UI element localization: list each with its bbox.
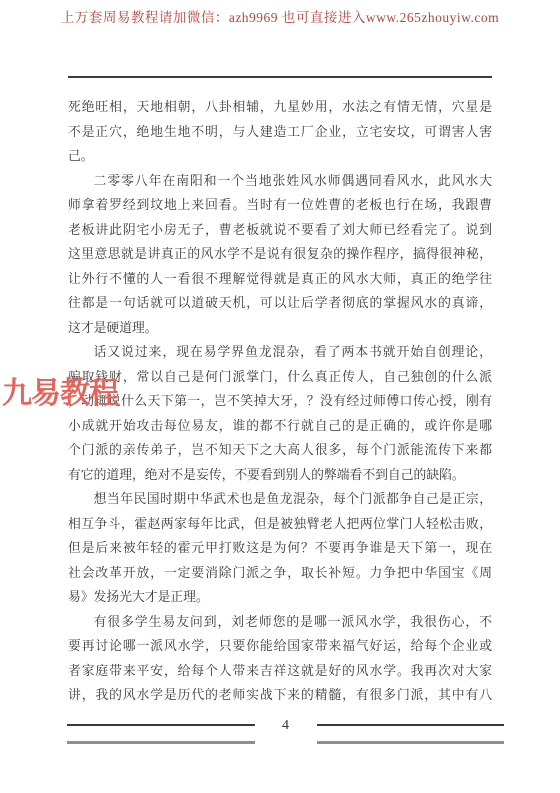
footer-rule-thin	[67, 724, 255, 726]
header-rule	[68, 76, 492, 78]
text-line: 小成就开始攻击每位易友，谁的都不行就自己的是正确的，或许你是哪	[68, 414, 492, 439]
text-line: 不是正穴，绝地生地不明，与人建造工厂企业，立宅安坟，可谓害人害	[68, 120, 492, 145]
footer-rule-right	[317, 724, 505, 744]
text-line: 相互争斗，霍赵两家每年比武，但是被独臂老人把两位掌门人轻松击败，	[68, 512, 492, 537]
text-line: 有它的道理，绝对不是妄传，不要看到别人的弊端看不到自己的缺陷。	[68, 463, 492, 488]
footer-rule-left	[67, 724, 255, 744]
footer-rule-thick	[317, 741, 505, 744]
footer-rule-thin	[317, 724, 505, 726]
page-number: 4	[255, 717, 317, 735]
text-line: 老板讲此阴宅小房无子，曹老板就说不要看了刘大师已经看完了。说到	[68, 218, 492, 243]
text-line: 易》发扬光大才是正理。	[68, 585, 492, 610]
text-line: 者家庭带来平安，给每个人带来吉祥这就是好的风水学。我再次对大家	[68, 659, 492, 684]
text-line: 话又说过来，现在易学界鱼龙混杂，看了两本书就开始自创理论，	[68, 340, 492, 365]
text-line: 讲，我的风水学是历代的老师实战下来的精髓，有很多门派，其中有八	[68, 683, 492, 708]
text-line: ，动辄说什么天下第一，岂不笑掉大牙，？没有经过师傅口传心授，刚有	[68, 389, 492, 414]
watermark-overlay: 九易教程	[2, 376, 118, 412]
text-line: 但是后来被年轻的霍元甲打败这是为何？不要再争谁是天下第一，现在	[68, 536, 492, 561]
header-promo-note: 上万套周易教程请加微信：azh9969 也可直接进入www.265zhouyiw…	[0, 6, 560, 26]
text-line: 往都是一句话就可以道破天机，可以让后学者彻底的掌握风水的真谛，	[68, 291, 492, 316]
text-line: 想当年民国时期中华武术也是鱼龙混杂，每个门派都争自己是正宗，	[68, 487, 492, 512]
text-line: 死绝旺相，天地相朝，八卦相辅，九星妙用，水法之有情无情，穴星是	[68, 95, 492, 120]
document-page: 上万套周易教程请加微信：azh9969 也可直接进入www.265zhouyiw…	[0, 0, 560, 793]
text-line: 让外行不懂的人一看很不理解觉得就是真正的风水大师，真正的绝学往	[68, 267, 492, 292]
text-line: 己。	[68, 144, 492, 169]
text-line: 二零零八年在南阳和一个当地张姓风水师偶遇同看风水，此风水大	[68, 169, 492, 194]
text-line: 师拿着罗经到坟地上来回看。当时有一位姓曹的老板也行在场，我跟曹	[68, 193, 492, 218]
page-footer: 4	[67, 724, 504, 744]
text-line: 要再讨论哪一派风水学，只要你能给国家带来福气好运，给每个企业或	[68, 634, 492, 659]
text-line: 骗取钱财，常以自己是何门派掌门，什么真正传人，自己独创的什么派	[68, 365, 492, 390]
text-line: 社会改革开放，一定要消除门派之争，取长补短。力争把中华国宝《周	[68, 561, 492, 586]
body-text: 死绝旺相，天地相朝，八卦相辅，九星妙用，水法之有情无情，穴星是 不是正穴，绝地生…	[68, 95, 492, 708]
text-line: 这才是硬道理。	[68, 316, 492, 341]
footer-rule-thick	[67, 741, 255, 744]
text-line: 个门派的亲传弟子，岂不知天下之大高人很多，每个门派能流传下来都	[68, 438, 492, 463]
text-line: 这里意思就是讲真正的风水学不是说有很复杂的操作程序，搞得很神秘，	[68, 242, 492, 267]
text-line: 有很多学生易友问到，刘老师您的是哪一派风水学，我很伤心，不	[68, 610, 492, 635]
